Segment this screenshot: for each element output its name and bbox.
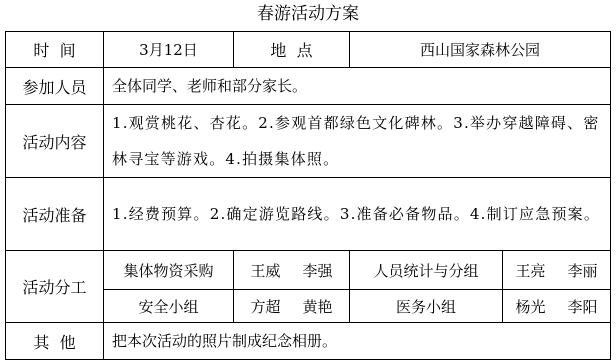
content-label: 活动内容: [6, 105, 104, 178]
document-title: 春游活动方案: [0, 2, 616, 26]
content-value: 1.观赏桃花、杏花。2.参观首都绿色文化碑林。3.举办穿越障碍、密林寻宝等游戏。…: [104, 105, 611, 178]
row-participants: 参加人员 全体同学、老师和部分家长。: [6, 68, 611, 105]
division-task: 集体物资采购: [104, 251, 234, 290]
time-value: 3月12日: [104, 32, 234, 68]
division-task: 医务小组: [350, 290, 503, 323]
time-label: 时 间: [6, 32, 104, 68]
place-value: 西山国家森林公园: [350, 32, 611, 68]
person: 王威: [250, 260, 280, 281]
division-people: 王亮李丽: [503, 251, 611, 290]
division-task: 安全小组: [104, 290, 234, 323]
person: 李阳: [568, 296, 598, 317]
other-value: 把本次活动的照片制成纪念相册。: [104, 323, 611, 360]
participants-label: 参加人员: [6, 68, 104, 105]
division-label: 活动分工: [6, 251, 104, 323]
other-label: 其 他: [6, 323, 104, 360]
row-content: 活动内容 1.观赏桃花、杏花。2.参观首都绿色文化碑林。3.举办穿越障碍、密林寻…: [6, 105, 611, 178]
division-people: 方超黄艳: [234, 290, 350, 323]
division-task: 人员统计与分组: [350, 251, 503, 290]
participants-value: 全体同学、老师和部分家长。: [104, 68, 611, 105]
row-division-1: 活动分工 集体物资采购 王威李强 人员统计与分组 王亮李丽: [6, 251, 611, 290]
person: 李强: [303, 260, 333, 281]
preparation-label: 活动准备: [6, 178, 104, 251]
row-preparation: 活动准备 1.经费预算。2.确定游览路线。3.准备必备物品。4.制订应急预案。: [6, 178, 611, 251]
person: 黄艳: [303, 296, 333, 317]
division-people: 杨光李阳: [503, 290, 611, 323]
row-other: 其 他 把本次活动的照片制成纪念相册。: [6, 323, 611, 360]
person: 杨光: [515, 296, 545, 317]
person: 李丽: [568, 260, 598, 281]
place-label: 地 点: [234, 32, 350, 68]
division-people: 王威李强: [234, 251, 350, 290]
person: 王亮: [515, 260, 545, 281]
preparation-value: 1.经费预算。2.确定游览路线。3.准备必备物品。4.制订应急预案。: [104, 178, 611, 251]
person: 方超: [250, 296, 280, 317]
plan-table: 时 间 3月12日 地 点 西山国家森林公园 参加人员 全体同学、老师和部分家长…: [5, 31, 611, 360]
row-time-place: 时 间 3月12日 地 点 西山国家森林公园: [6, 32, 611, 68]
